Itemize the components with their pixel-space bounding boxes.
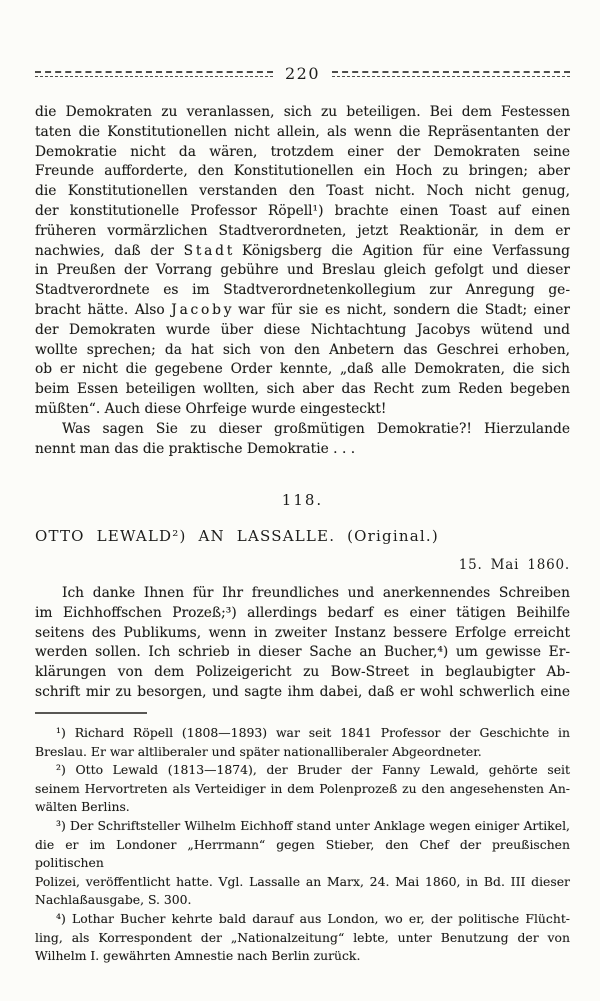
text-line: wollte sprechen; da hat sich von den Anb… [35,341,570,361]
header-rule-right [332,71,570,77]
text-line: Polizei, veröffentlicht hatte. Vgl. Lass… [35,873,570,892]
text-line: ¹) Richard Röpell (1808—1893) war seit 1… [35,724,570,743]
text-line: Nachlaßausgabe, S. 300. [35,891,570,910]
body-paragraph-2: Was sagen Sie zu dieser großmütigen Demo… [35,420,570,460]
text-line: nennt man das die praktische Demokratie … [35,440,570,460]
letter-paragraph: Ich danke Ihnen für Ihr freundliches und… [35,584,570,703]
text-line: Wilhelm I. gewährten Amnestie nach Berli… [35,947,570,966]
text-line: seitens des Publikums, wenn in zweiter I… [35,624,570,644]
text-line: schrift mir zu besorgen, und sagte ihm d… [35,683,570,703]
text-line: ⁴) Lothar Bucher kehrte bald darauf aus … [35,910,570,929]
text-line: ob er nicht die gegebene Order kennte, „… [35,360,570,380]
text-line: seinem Hervortreten als Verteidiger in d… [35,780,570,799]
book-page: 220 die Demokraten zu veranlassen, sich … [0,0,600,1001]
text-line: ³) Der Schriftsteller Wilhelm Eichhoff s… [35,817,570,836]
text-line: die Konstitutionellen verstanden den Toa… [35,182,570,202]
text-line: die Demokraten zu veranlassen, sich zu b… [35,103,570,123]
text-line: der konstitutionelle Professor Röpell¹) … [35,202,570,222]
text-line: Stadtverordnete es im Stadtverordnetenko… [35,281,570,301]
text-line: nachwies, daß der S t a d t Königsberg d… [35,242,570,262]
body-paragraph-1: die Demokraten zu veranlassen, sich zu b… [35,103,570,420]
text-line: müßten“. Auch diese Ohrfeige wurde einge… [35,400,570,420]
text-line: ²) Otto Lewald (1813—1874), der Bruder d… [35,761,570,780]
text-line: in Preußen der Vorrang gebühre und Bresl… [35,261,570,281]
text-line: früheren vormärzlichen Stadtverordneten,… [35,222,570,242]
text-line: taten die Konstitutionellen nicht allein… [35,123,570,143]
page-number: 220 [283,66,322,82]
footnotes-block: ¹) Richard Röpell (1808—1893) war seit 1… [35,724,570,966]
text-line: die er im Londoner „Herrmann“ gegen Stie… [35,836,570,873]
text-line: Was sagen Sie zu dieser großmütigen Demo… [35,420,570,440]
letter-heading: OTTO LEWALD²) AN LASSALLE. (Original.) [35,527,570,545]
text-line: im Eichhoffschen Prozeß;³) allerdings be… [35,604,570,624]
text-line: Breslau. Er war altliberaler und später … [35,743,570,762]
text-line: Ich danke Ihnen für Ihr freundliches und… [35,584,570,604]
running-head: 220 [35,64,570,84]
letter-number: 118. [35,491,570,509]
text-line: ling, als Korrespondent der „Nationalzei… [35,929,570,948]
header-rule-left [35,71,273,77]
text-line: Demokratie nicht da wären, trotzdem eine… [35,143,570,163]
text-line: klärungen von dem Polizeigericht zu Bow-… [35,663,570,683]
text-line: beim Essen beteiligen wollten, sich aber… [35,380,570,400]
text-line: bracht hätte. Also J a c o b y war für s… [35,301,570,321]
footnote-separator-rule [35,712,147,715]
text-line: werden sollen. Ich schrieb in dieser Sac… [35,643,570,663]
text-line: Freunde aufforderte, den Konstitutionell… [35,162,570,182]
text-line: wälten Berlins. [35,798,570,817]
letter-date: 15. Mai 1860. [35,557,570,573]
text-line: der Demokraten wurde über diese Nichtach… [35,321,570,341]
